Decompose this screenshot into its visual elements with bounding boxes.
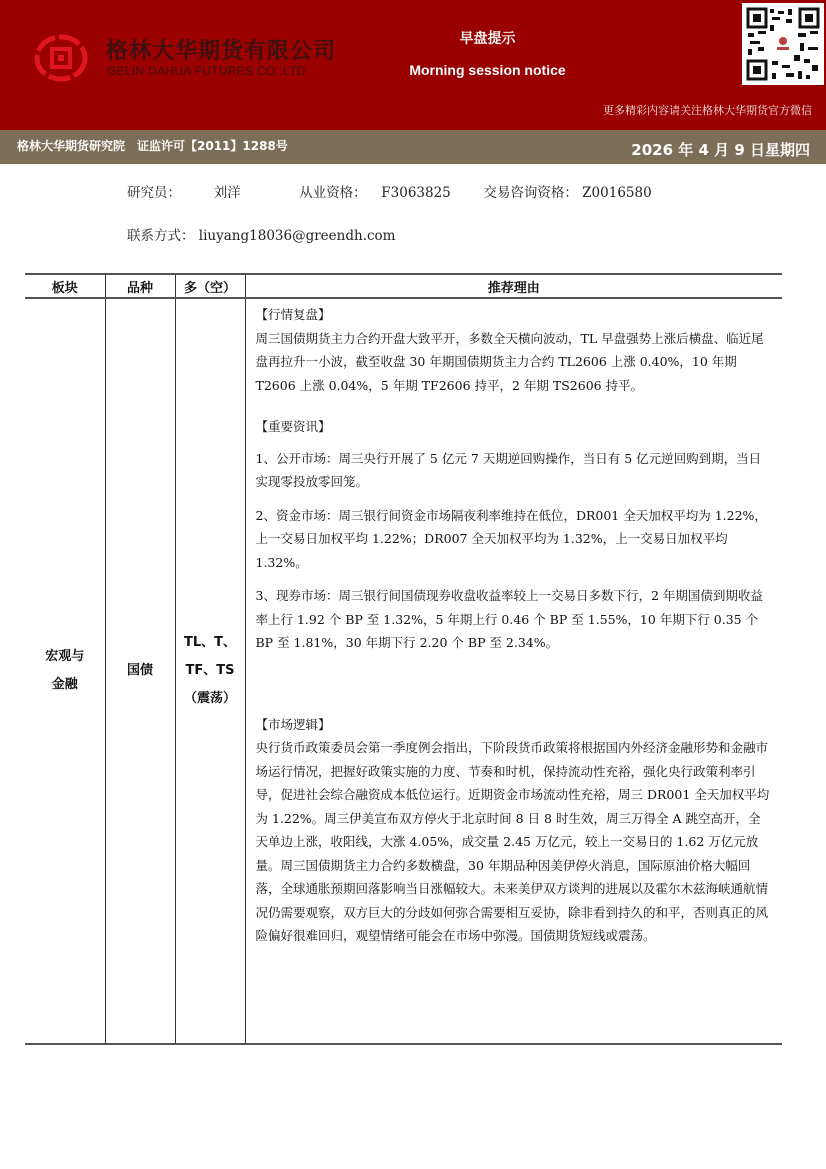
company-name-cn: 格林大华期货有限公司 (106, 34, 336, 65)
variety-cell: 国债 (105, 298, 175, 1044)
institute-license: 格林大华期货研究院 证监许可【2011】1288号 (17, 137, 288, 154)
logic-title: 【市场逻辑】 (256, 713, 773, 737)
advisory-label: 交易咨询资格： (483, 181, 578, 201)
analyst-line: 研究员： 刘洋 从业资格： F3063825 交易咨询资格： Z0016580 (127, 181, 652, 201)
qualification-label: 从业资格： (299, 181, 367, 201)
report-date: 2026 年 4 月 9 日星期四 (631, 139, 810, 160)
contact-line: 联系方式： liuyang18036@greendh.com (127, 224, 395, 244)
contact-label: 联系方式： (127, 224, 195, 244)
review-text: 周三国债期货主力合约开盘大致平开，多数全天横向波动，TL 早盘强势上涨后横盘、临… (256, 327, 773, 398)
table-row: 宏观与金融 国债 TL、T、TF、TS（震荡） 【行情复盘】 周三国债期货主力合… (25, 298, 782, 1044)
qualification-id: F3063825 (381, 185, 451, 201)
news-item-3: 3、现券市场：周三银行间国债现券收盘收益率较上一交易日多数下行，2 年期国债到期… (256, 584, 773, 655)
review-title: 【行情复盘】 (256, 303, 773, 327)
logic-text: 央行货币政策委员会第一季度例会指出，下阶段货币政策将根据国内外经济金融形势和金融… (256, 736, 773, 948)
report-title-en: Morning session notice (400, 62, 575, 78)
company-logo-icon (33, 34, 89, 82)
news-title: 【重要资讯】 (256, 415, 773, 439)
direction-cell: TL、T、TF、TS（震荡） (175, 298, 245, 1044)
company-name-en: GELIN DAHUA FUTURES CO.,LTD. (107, 64, 309, 78)
recommendation-table: 板块 品种 多（空） 推荐理由 宏观与金融 国债 TL、T、TF、TS（震荡） … (25, 273, 782, 1045)
report-title-cn: 早盘提示 (400, 28, 575, 48)
reason-cell: 【行情复盘】 周三国债期货主力合约开盘大致平开，多数全天横向波动，TL 早盘强势… (245, 298, 782, 1044)
wechat-qr-code-icon (742, 3, 824, 85)
researcher-name: 刘洋 (214, 181, 241, 201)
column-header-variety: 品种 (105, 274, 175, 298)
column-header-reason: 推荐理由 (245, 274, 782, 298)
news-item-1: 1、公开市场：周三央行开展了 5 亿元 7 天期逆回购操作，当日有 5 亿元逆回… (256, 447, 773, 494)
table-header-row: 板块 品种 多（空） 推荐理由 (25, 274, 782, 298)
contact-email[interactable]: liuyang18036@greendh.com (199, 228, 396, 244)
column-header-direction: 多（空） (175, 274, 245, 298)
sector-cell: 宏观与金融 (25, 298, 105, 1044)
researcher-label: 研究员： (127, 181, 181, 201)
follow-wechat-text: 更多精彩内容请关注格林大华期货官方微信 (603, 102, 812, 118)
advisory-id: Z0016580 (582, 185, 652, 201)
news-item-2: 2、资金市场：周三银行间资金市场隔夜利率维持在低位，DR001 全天加权平均为 … (256, 504, 773, 575)
column-header-sector: 板块 (25, 274, 105, 298)
